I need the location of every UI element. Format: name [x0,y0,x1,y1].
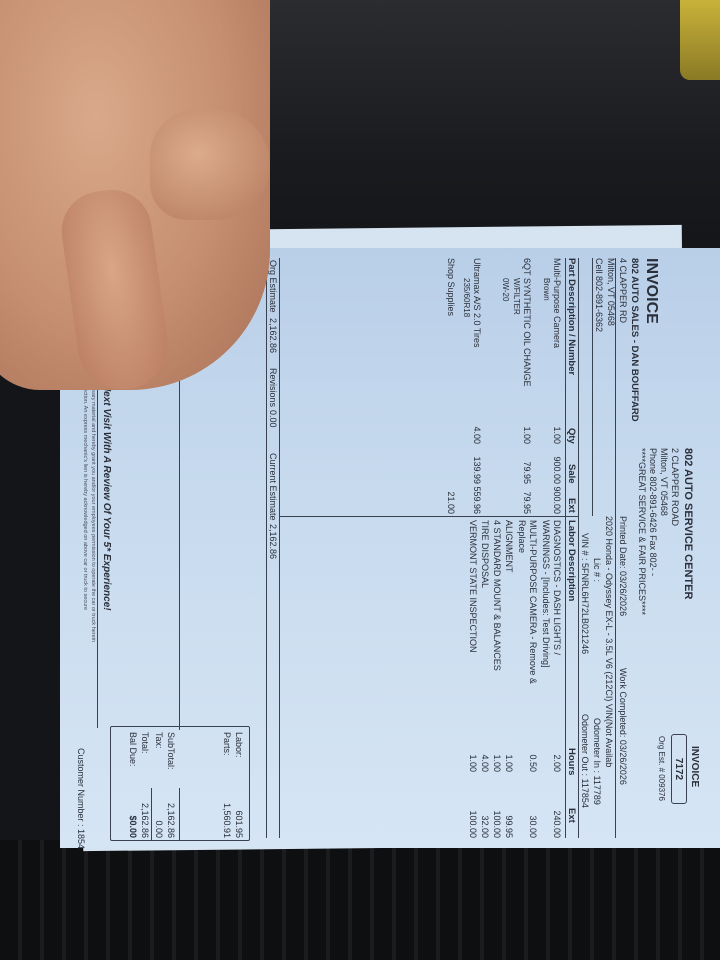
work-completed: Work Completed: 03/26/2026 [618,668,628,785]
col-ext: Ext [566,498,577,513]
subtotal-label: SubTotal: [166,732,176,770]
divider [151,788,152,840]
part-qty: 1.00 [522,408,532,444]
labor-ext: 240.00 [552,796,562,838]
divider [615,258,616,838]
labor-hours: 1.00 [468,736,478,772]
total-label: Total: [140,732,150,754]
shop-address-2: Milton, VT 05468 [659,448,669,516]
invoice-label: INVOICE [689,746,700,787]
shop-address-1: 2 CLAPPER ROAD [670,448,680,526]
labor-ext: 30.00 [528,796,538,838]
revisions-value: 0.00 [268,410,278,428]
part-description: Ultramax A/S 2.0 Tires [472,258,482,348]
part-sub-description: 0W-20 [501,278,510,301]
labor-hours: 4.00 [480,736,490,772]
col-labor-description: Labor Description [566,520,577,601]
vin-number: VIN # : 5FNRL6H72LB021246 [580,533,590,654]
part-qty: 1.00 [552,408,562,444]
part-ext: 900.00 [552,474,562,514]
hand-finger [150,110,270,220]
labor-ext: 32.00 [480,796,490,838]
odometer-out: Odometer Out : 117854 [580,714,590,808]
labor-description-cont: WARNINGS - [Includes: Test Driving] [541,520,551,668]
car-seat-bottom [0,840,720,960]
divider [578,258,579,838]
odometer-in: Odometer In : 117789 [592,718,602,805]
revisions-label: Revisions [268,368,278,407]
part-ext: 559.96 [472,474,482,514]
labor-description: DIAGNOSTICS - DASH LIGHTS / [552,520,562,655]
labor-ext: 100.00 [492,796,502,838]
parts-total: 1,560.91 [222,788,232,838]
col-sale: Sale [566,464,577,484]
customer-address-2: Milton, VT 05468 [606,258,616,326]
customer-name: 802 AUTO SALES - DAN BOUFFARD [629,258,640,422]
subtotal: 2,162.86 [166,788,176,838]
labor-description: ALIGNMENT [504,520,514,573]
labor-description: MULTI-PURPOSE CAMERA - Remove & [528,520,538,684]
labor-description-cont: Replace [517,520,527,553]
balance-due-label: Bal Due: [128,732,138,767]
part-ext: 21.00 [446,474,456,514]
tax-label: Tax: [154,732,164,749]
invoice-title: INVOICE [642,258,660,324]
current-estimate-label: Current Estimate [268,453,278,521]
col-hours: Hours [566,748,577,775]
license-number: Lic # : [592,558,602,582]
divider [592,258,593,516]
parts-total-label: Parts: [222,732,232,756]
org-est-number: Org Est. # 009376 [657,736,666,801]
shop-name: 802 AUTO SERVICE CENTER [682,448,694,599]
part-sub-description: W/FILTER [512,278,521,315]
customer-address-1: 4 CLAPPER RD [618,258,628,323]
shop-slogan: ****GREAT SERVICE & FAIR PRICES**** [637,448,647,615]
customer-phone: Cell 802-891-6362 [594,258,604,332]
total: 2,162.86 [140,788,150,838]
labor-hours: 2.00 [552,736,562,772]
part-qty: 4.00 [472,408,482,444]
divider [266,258,267,838]
current-estimate-value: 2,162.86 [268,524,278,559]
seatbelt-buckle [680,0,720,80]
vehicle-info: 2020 Honda - Odyssey EX-L - 3.5L V6 (212… [604,516,614,767]
org-estimate-value: 2,162.86 [268,318,278,353]
labor-description: 4 STANDARD MOUNT & BALANCES [492,520,502,671]
part-ext: 79.95 [522,474,532,514]
part-description: 6QT SYNTHETIC OIL CHANGE [522,258,532,387]
labor-hours: 1.00 [492,736,502,772]
part-sub-description: Brown [542,278,551,301]
labor-total-label: Labor: [234,732,244,758]
col-labor-ext: Ext [566,808,577,823]
labor-total: 601.95 [234,788,244,838]
labor-ext: 99.95 [504,796,514,838]
balance-due: $0.00 [128,788,138,838]
part-sub-description: 235/60R18 [462,278,471,317]
labor-hours: 0.50 [528,736,538,772]
labor-description: TIRE DISPOSAL [480,520,490,588]
part-description: Multi-Purpose Camera [552,258,562,348]
customer-number: Customer Number : 1854 [76,748,86,849]
printed-date: Printed Date: 03/26/2026 [618,516,628,616]
divider [279,258,280,838]
shop-phone: Phone 802-891-6426 Fax 802- - [648,448,658,576]
tax: 0.00 [154,788,164,838]
part-description: Shop Supplies [446,258,456,316]
labor-hours: 1.00 [504,736,514,772]
col-part-description: Part Description / Number [566,258,577,375]
divider [179,788,180,840]
labor-description: VERMONT STATE INSPECTION [468,520,478,653]
invoice-number: 7172 [671,734,687,804]
labor-ext: 100.00 [468,796,478,838]
col-qty: Qty [566,428,577,444]
column-divider [279,516,579,517]
org-estimate-label: Org Estimate [268,260,278,313]
